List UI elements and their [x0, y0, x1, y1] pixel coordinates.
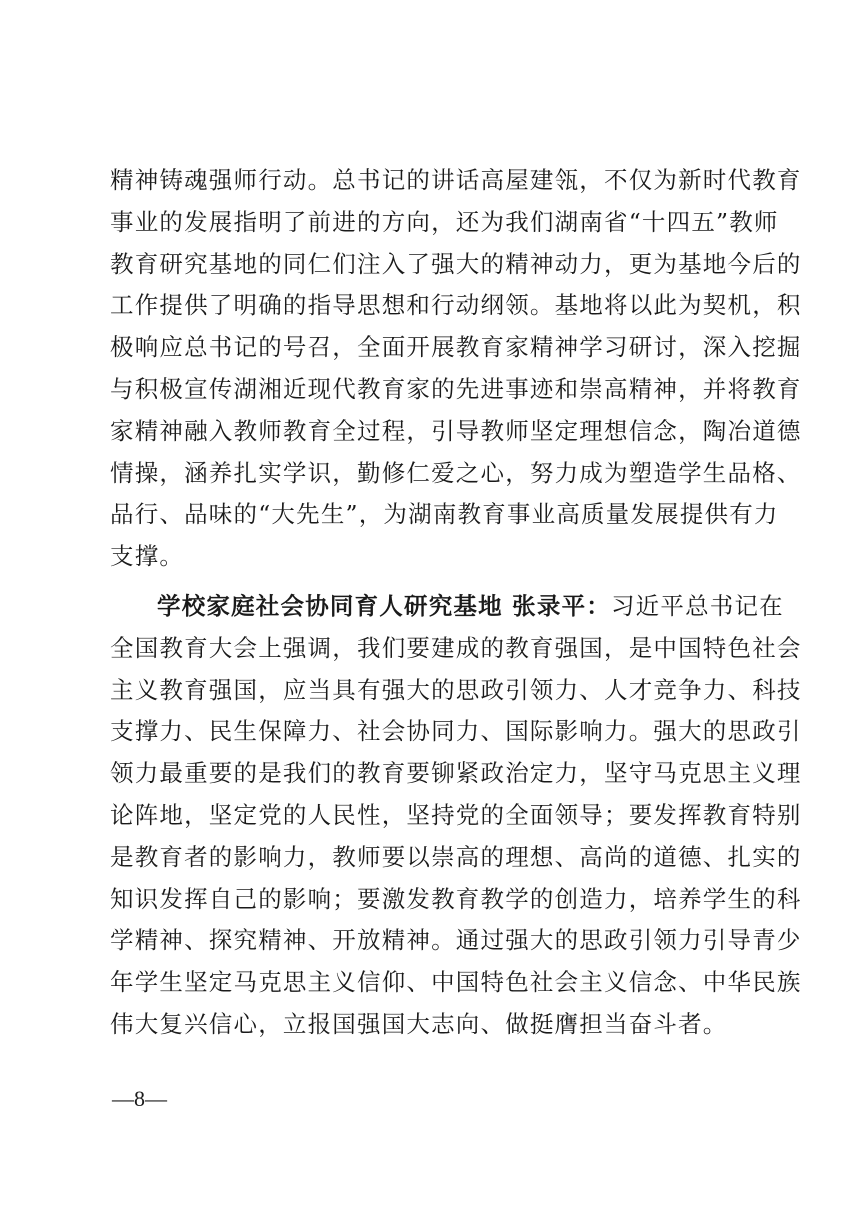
text-line: 精神铸魂强师行动。总书记的讲话高屋建瓴，不仅为新时代教育 — [110, 160, 753, 202]
text-line: 论阵地，坚定党的人民性，坚持党的全面领导；要发挥教育特别 — [110, 795, 753, 837]
text-line: 领力最重要的是我们的教育要铆紧政治定力，坚守马克思主义理 — [110, 753, 753, 795]
text-line: 支撑力、民生保障力、社会协同力、国际影响力。强大的思政引 — [110, 711, 753, 753]
document-page: 精神铸魂强师行动。总书记的讲话高屋建瓴，不仅为新时代教育 事业的发展指明了前进的… — [110, 160, 753, 1046]
text-line: 年学生坚定马克思主义信仰、中国特色社会主义信念、中华民族 — [110, 962, 753, 1004]
text-line: 事业的发展指明了前进的方向，还为我们湖南省“十四五”教师 — [110, 202, 753, 244]
text-line: 教育研究基地的同仁们注入了强大的精神动力，更为基地今后的 — [110, 244, 753, 286]
text-line: 家精神融入教师教育全过程，引导教师坚定理想信念，陶冶道德 — [110, 411, 753, 453]
text-line: 主义教育强国，应当具有强大的思政引领力、人才竞争力、科技 — [110, 670, 753, 712]
text-line: 情操，涵养扎实学识，勤修仁爱之心，努力成为塑造学生品格、 — [110, 453, 753, 495]
text-line: 支撑。 — [110, 536, 753, 578]
speaker-label: 学校家庭社会协同育人研究基地 张录平： — [157, 592, 611, 620]
page-number: —8— — [112, 1086, 167, 1112]
text-line: 是教育者的影响力，教师要以崇高的理想、高尚的道德、扎实的 — [110, 837, 753, 879]
text-line: 伟大复兴信心，立报国强国大志向、做挺膺担当奋斗者。 — [110, 1004, 753, 1046]
text-line-first: 学校家庭社会协同育人研究基地 张录平：习近平总书记在 — [110, 586, 753, 628]
text-fragment: 习近平总书记在 — [611, 592, 784, 620]
text-line: 工作提供了明确的指导思想和行动纲领。基地将以此为契机，积 — [110, 285, 753, 327]
text-line: 品行、品味的“大先生”，为湖南教育事业高质量发展提供有力 — [110, 494, 753, 536]
text-line: 知识发挥自己的影响；要激发教育教学的创造力，培养学生的科 — [110, 879, 753, 921]
paragraph-teacher-education-base: 精神铸魂强师行动。总书记的讲话高屋建瓴，不仅为新时代教育 事业的发展指明了前进的… — [110, 160, 753, 578]
text-line: 全国教育大会上强调，我们要建成的教育强国，是中国特色社会 — [110, 628, 753, 670]
paragraph-zhang-luping: 学校家庭社会协同育人研究基地 张录平：习近平总书记在 全国教育大会上强调，我们要… — [110, 586, 753, 1046]
text-line: 学精神、探究精神、开放精神。通过强大的思政引领力引导青少 — [110, 920, 753, 962]
text-line: 极响应总书记的号召，全面开展教育家精神学习研讨，深入挖掘 — [110, 327, 753, 369]
text-line: 与积极宣传湖湘近现代教育家的先进事迹和崇高精神，并将教育 — [110, 369, 753, 411]
